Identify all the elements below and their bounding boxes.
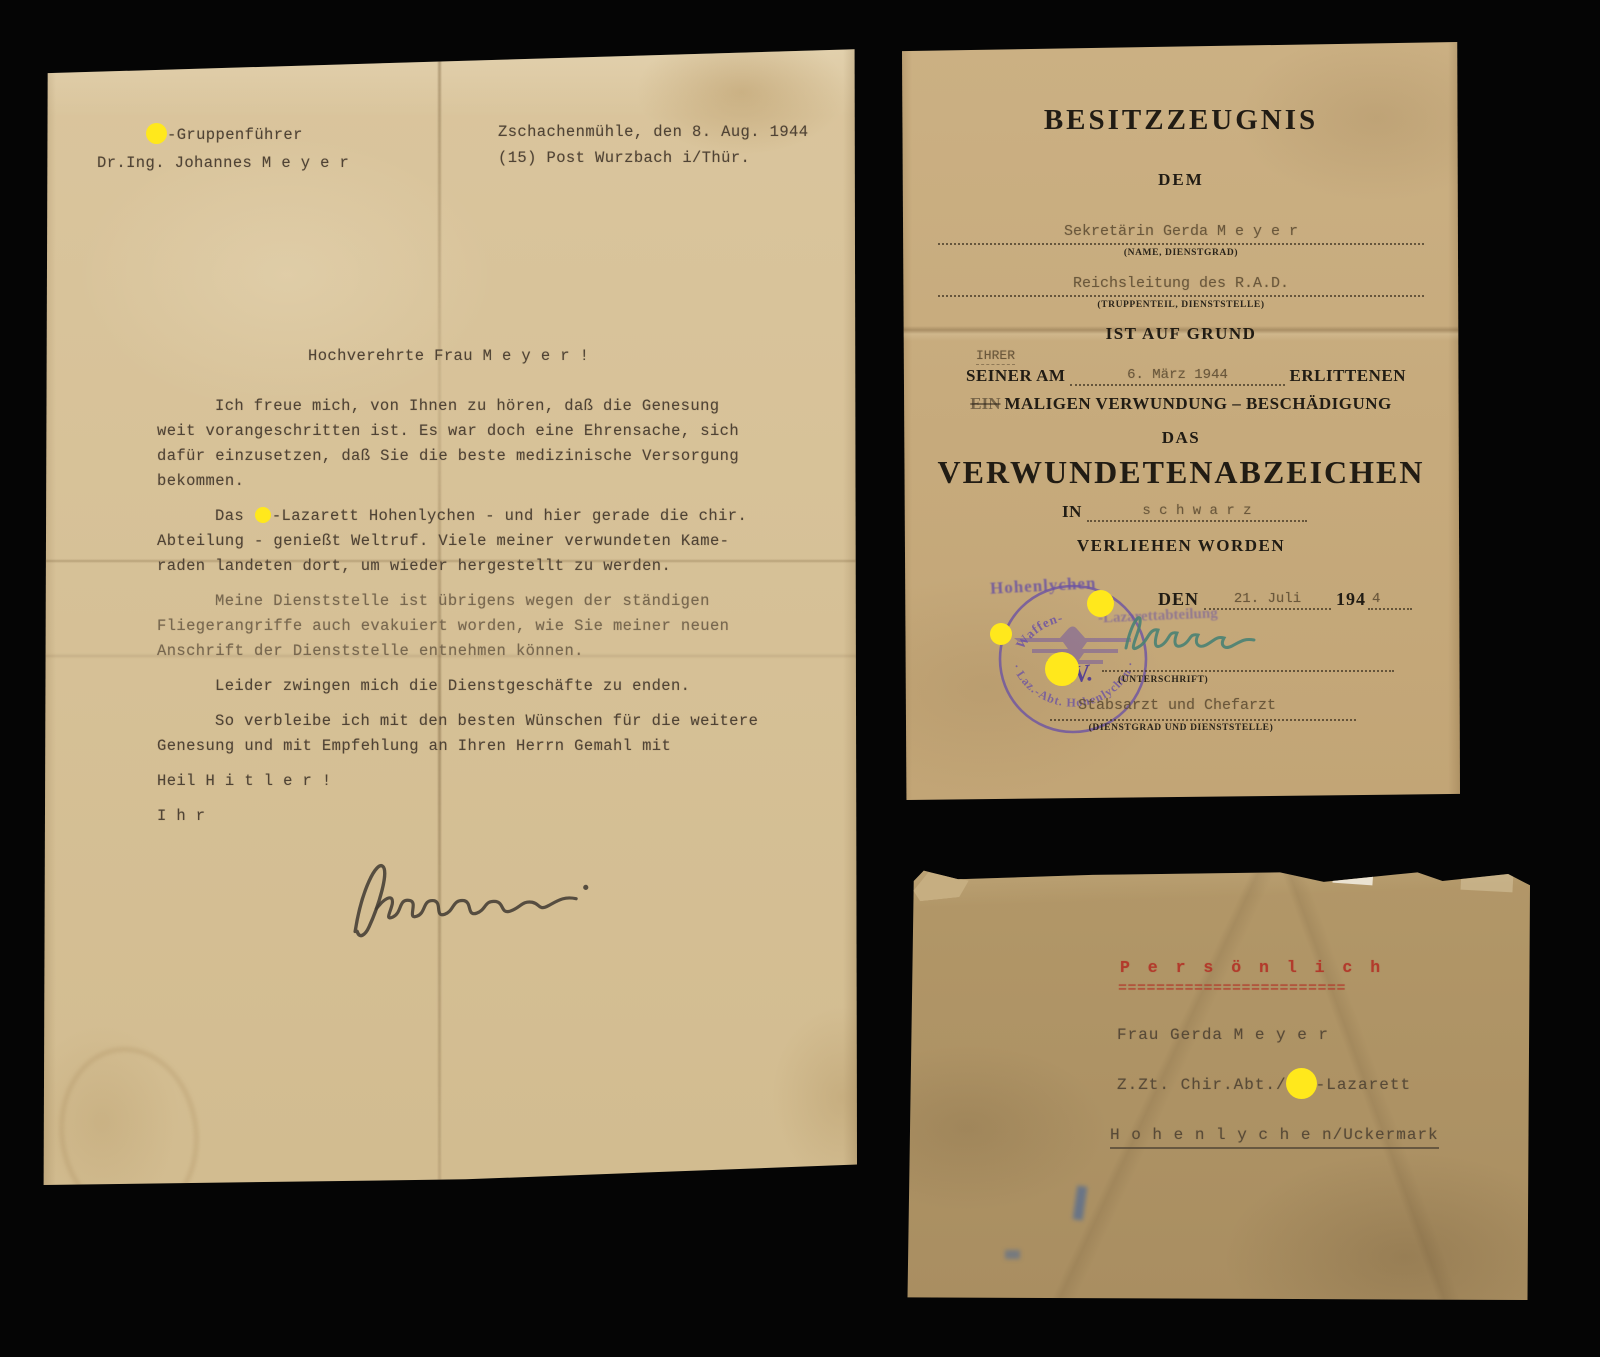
maligen-text: MALIGEN VERWUNDUNG – BESCHÄDIGUNG [1004,394,1391,413]
name-value: Sekretärin Gerda M e y e r [902,223,1460,240]
ink-smudge [1005,1250,1020,1259]
sender-name: Dr.Ing. Johannes M e y e r [97,154,349,172]
paragraph-3: Meine Dienststelle ist übrigens wegen de… [157,589,797,664]
year-print: 194 [1336,589,1366,610]
paragraph-2-prefix: Das [215,507,254,525]
closing-pronoun: I h r [157,804,797,829]
year-dotted-line: 4 [1368,588,1412,610]
censor-dot [255,507,271,523]
address-line: Z.Zt. Chir.Abt./-Lazarett [1117,1068,1411,1099]
censor-dot [146,123,167,144]
unterschrift-label: (UNTERSCHRIFT) [1118,675,1208,685]
recipient-line: Frau Gerda M e y e r [1117,1026,1329,1044]
ring-stain [49,1038,210,1229]
svg-text:Waffen-: Waffen- [1013,610,1065,652]
postal-line: (15) Post Wurzbach i/Thür. [498,149,750,167]
paragraph-1: Ich freue mich, von Ihnen zu hören, daß … [157,394,797,494]
certificate-dem: DEM [902,170,1460,190]
in-word: IN [1062,502,1082,522]
rank-dotted-line [1050,719,1356,721]
year-typed: 4 [1372,591,1380,607]
unit-dotted-line [938,295,1424,297]
envelope-document: P e r s ö n l i c h ====================… [905,868,1530,1300]
censor-dot [1286,1068,1317,1099]
rank-value: Stabsarzt und Chefarzt [1078,697,1276,714]
torn-white-patch [1332,867,1373,886]
personal-underline: ======================== [1118,980,1346,997]
salutation: Hochverehrte Frau M e y e r ! [308,347,589,365]
personal-marking: P e r s ö n l i c h [1120,958,1384,977]
letter-body: Ich freue mich, von Ihnen zu hören, daß … [157,394,797,960]
ink-smudge [1073,1185,1088,1220]
rank-label: (DIENSTGRAD UND DIENSTSTELLE) [902,723,1460,733]
grund-line: IST AUF GRUND [902,324,1460,344]
color-value: s c h w a r z [1087,503,1307,519]
seiner-row: SEINER AM 6. März 1944 ERLITTENEN [966,364,1406,386]
name-label: (NAME, DIENSTGRAD) [902,248,1460,258]
censor-dot [1087,590,1114,617]
seiner-am: SEINER AM [966,366,1065,386]
date-dotted-line: 6. März 1944 [1070,364,1284,386]
torn-flap [912,868,971,902]
erlittenen: ERLITTENEN [1290,366,1406,386]
city-line: H o h e n l y c h e n/Uckermark [1110,1126,1439,1149]
certificate-title: BESITZZEUGNIS [902,104,1460,137]
paragraph-4: Leider zwingen mich die Dienstgeschäfte … [157,674,797,699]
ihrer-typed: IHRER [976,348,1015,365]
unit-label: (TRUPPENTEIL, DIENSTSTELLE) [902,300,1460,310]
das-line: DAS [902,428,1460,448]
maligen-row: EINMALIGEN VERWUNDUNG – BESCHÄDIGUNG [902,394,1460,414]
certificate-document: BESITZZEUGNIS DEM Sekretärin Gerda M e y… [902,42,1460,800]
unit-value: Reichsleitung des R.A.D. [902,275,1460,292]
badge-title: VERWUNDETENABZEICHEN [902,454,1460,491]
verliehen-line: VERLIEHEN WORDEN [902,536,1460,556]
signature-dotted-line [1102,670,1394,672]
letter-document: -Gruppenführer Dr.Ing. Johannes M e y e … [42,47,857,1185]
hansen-signature [1114,602,1274,666]
sender-rank-line: -Gruppenführer [146,123,303,144]
scan-background: -Gruppenführer Dr.Ing. Johannes M e y e … [0,0,1600,1357]
name-dotted-line [938,243,1424,245]
sender-rank-text: -Gruppenführer [167,126,303,144]
in-row: IN s c h w a r z [1062,500,1312,522]
censor-dot [1045,652,1079,686]
place-date-line: Zschachenmühle, den 8. Aug. 1944 [498,123,808,141]
ein-struck: EIN [970,394,1000,413]
address-prefix: Z.Zt. Chir.Abt./ [1117,1076,1287,1094]
paragraph-2: Das -Lazarett Hohenlychen - und hier ger… [157,504,797,579]
censor-dot [990,623,1012,645]
stamp-ring-top-text: Waffen- [1013,610,1065,652]
date-value: 6. März 1944 [1070,367,1284,383]
closing-salute: Heil H i t l e r ! [157,769,797,794]
paragraph-5: So verbleibe ich mit den besten Wünschen… [157,709,797,759]
meyer-signature [330,836,634,956]
address-suffix: -Lazarett [1316,1076,1411,1094]
tape-remnant [1461,870,1514,893]
color-dotted-line: s c h w a r z [1087,500,1307,522]
